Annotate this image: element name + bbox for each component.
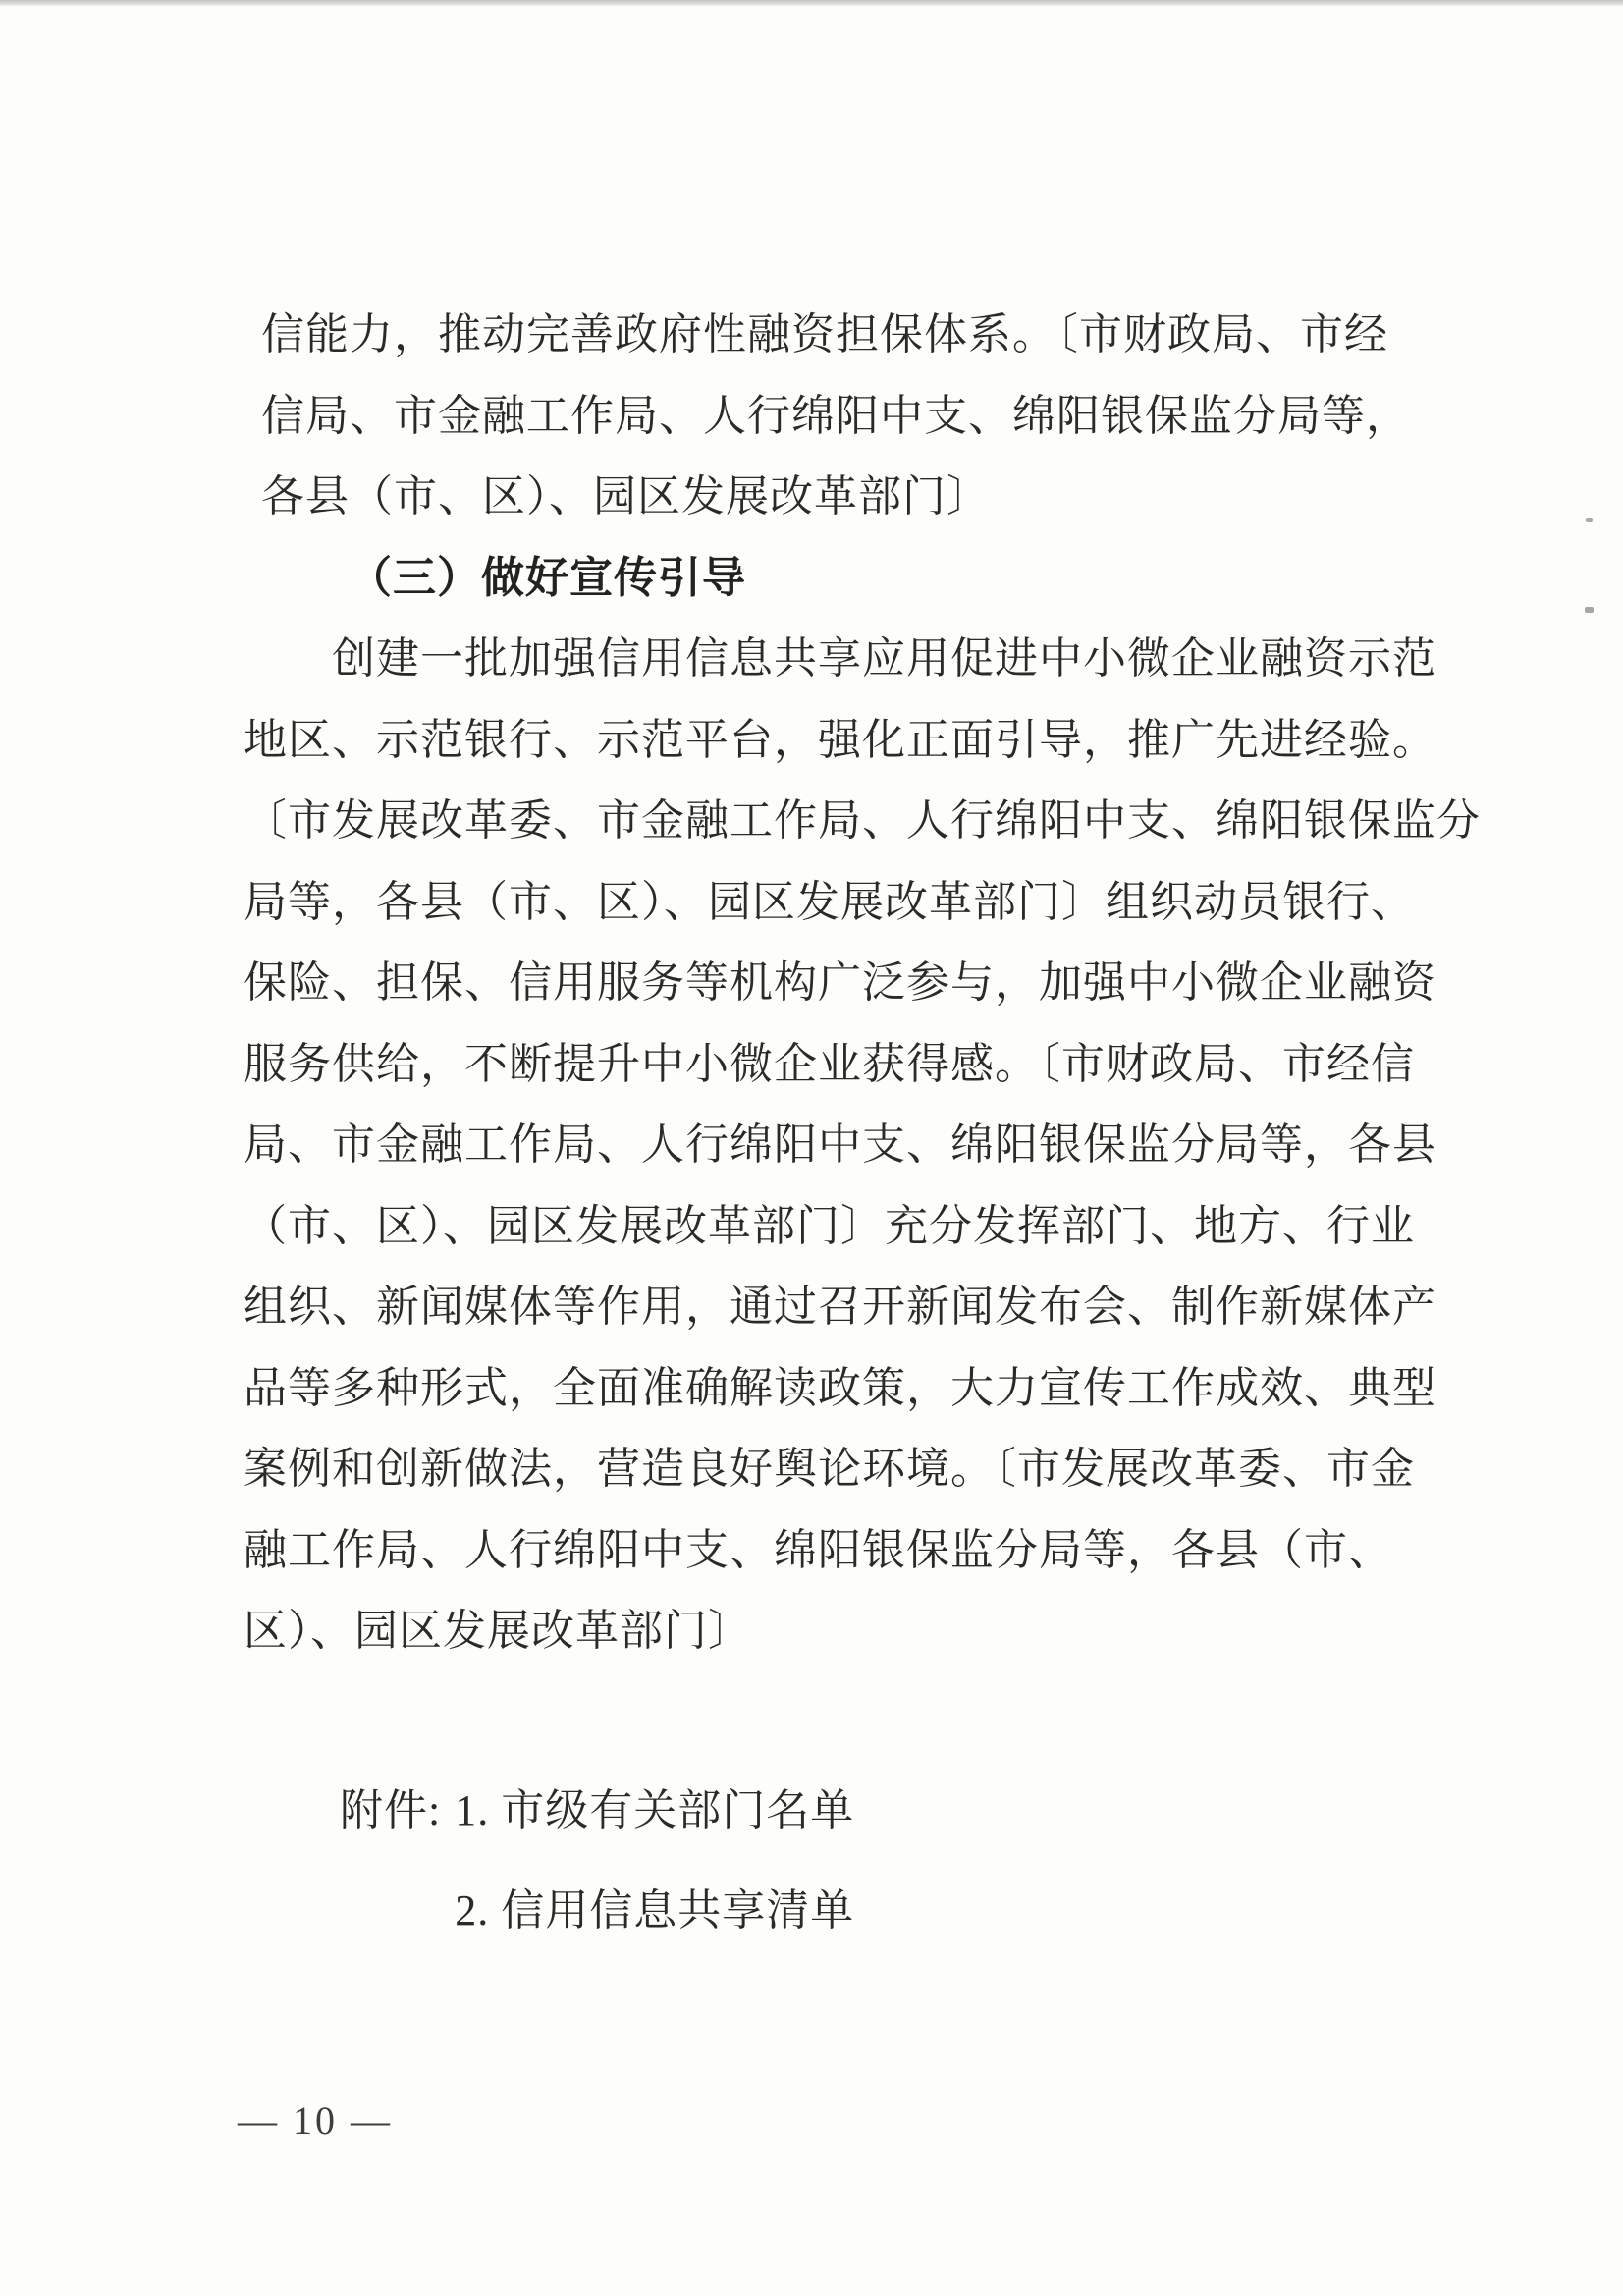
attachment-item: 2. 信用信息共享清单 xyxy=(455,1880,854,1942)
page-number: — 10 — xyxy=(238,2100,393,2143)
text-line: 保险、担保、信用服务等机构广泛参与，加强中小微企业融资 xyxy=(243,943,1510,1024)
attachment-label: 附件: xyxy=(340,1779,441,1842)
text-line: 信局、市金融工作局、人行绵阳中支、绵阳银保监分局等， xyxy=(243,376,1510,458)
scanned-document-page: 信能力，推动完善政府性融资担保体系。〔市财政局、市经 信局、市金融工作局、人行绵… xyxy=(0,0,1623,2296)
section-heading: （三）做好宣传引导 xyxy=(243,538,1510,620)
text-line: （市、区）、园区发展改革部门〕充分发挥部门、地方、行业 xyxy=(243,1186,1510,1268)
text-line: 局等，各县（市、区）、园区发展改革部门〕组织动员银行、 xyxy=(243,862,1510,944)
scan-top-edge-artifact xyxy=(0,0,1623,6)
scan-speck xyxy=(1586,518,1593,522)
text-line: 品等多种形式，全面准确解读政策，大力宣传工作成效、典型 xyxy=(243,1348,1510,1430)
paragraph-first-line: 创建一批加强信用信息共享应用促进中小微企业融资示范 xyxy=(243,619,1510,700)
scan-speck xyxy=(1585,607,1594,613)
text-line: 案例和创新做法，营造良好舆论环境。〔市发展改革委、市金 xyxy=(243,1429,1510,1510)
text-line: 组织、新闻媒体等作用，通过召开新闻发布会、制作新媒体产 xyxy=(243,1267,1510,1348)
text-line: 信能力，推动完善政府性融资担保体系。〔市财政局、市经 xyxy=(243,295,1510,376)
attachment-list: 1. 市级有关部门名单 2. 信用信息共享清单 xyxy=(455,1779,854,1980)
text-line: 各县（市、区）、园区发展改革部门〕 xyxy=(243,457,1510,538)
text-line: 区）、园区发展改革部门〕 xyxy=(243,1591,1510,1672)
text-line: 局、市金融工作局、人行绵阳中支、绵阳银保监分局等，各县 xyxy=(243,1105,1510,1186)
text-line: 服务供给，不断提升中小微企业获得感。〔市财政局、市经信 xyxy=(243,1024,1510,1106)
text-line: 融工作局、人行绵阳中支、绵阳银保监分局等，各县（市、 xyxy=(243,1510,1510,1592)
attachment-block: 附件: 1. 市级有关部门名单 2. 信用信息共享清单 xyxy=(340,1779,854,1980)
text-line: 〔市发展改革委、市金融工作局、人行绵阳中支、绵阳银保监分 xyxy=(243,781,1510,862)
attachment-item: 1. 市级有关部门名单 xyxy=(455,1779,854,1842)
document-body: 信能力，推动完善政府性融资担保体系。〔市财政局、市经 信局、市金融工作局、人行绵… xyxy=(243,295,1510,1672)
text-line: 地区、示范银行、示范平台，强化正面引导，推广先进经验。 xyxy=(243,700,1510,782)
